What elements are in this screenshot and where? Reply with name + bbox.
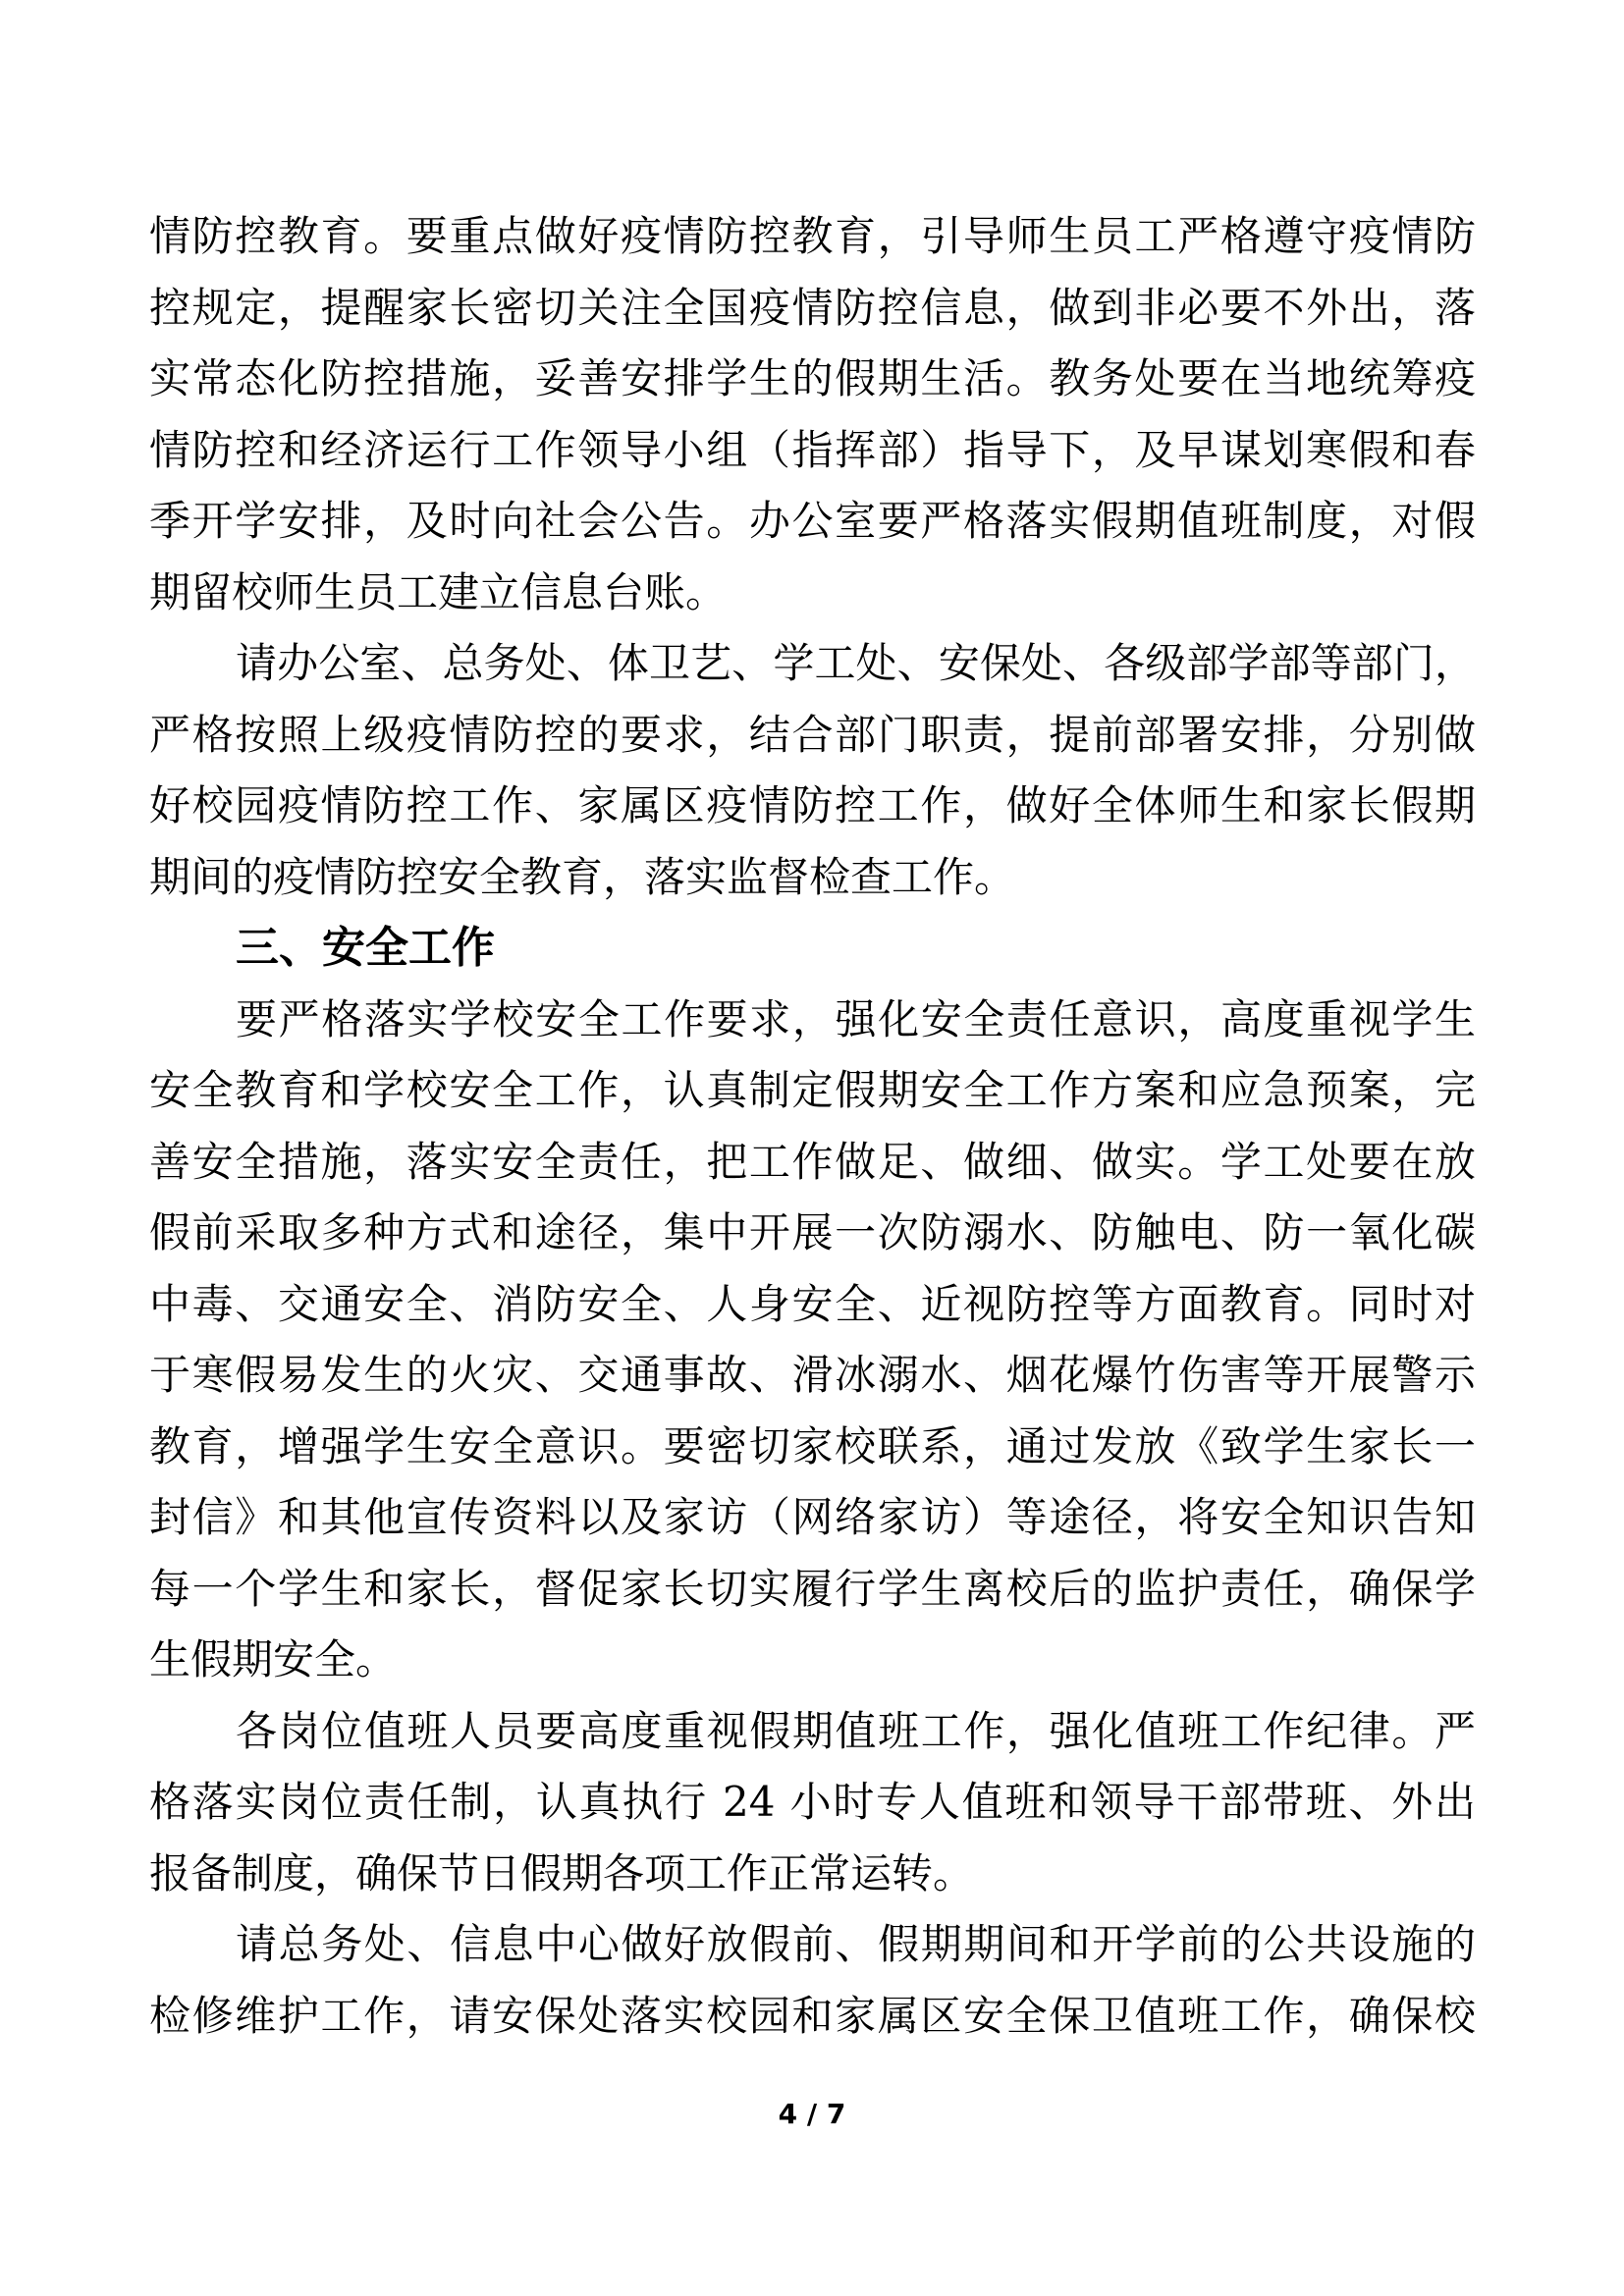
text-line: 情防控教育。要重点做好疫情防控教育，引导师生员工严格遵守疫情防 xyxy=(149,201,1476,273)
text-line: 封信》和其他宣传资料以及家访（网络家访）等途径，将安全知识告知 xyxy=(149,1482,1476,1554)
text-line: 生假期安全。 xyxy=(149,1625,1476,1696)
text-line: 控规定，提醒家长密切关注全国疫情防控信息，做到非必要不外出，落 xyxy=(149,273,1476,345)
text-line: 严格按照上级疫情防控的要求，结合部门职责，提前部署安排，分别做 xyxy=(149,700,1476,772)
text-line: 情防控和经济运行工作领导小组（指挥部）指导下，及早谋划寒假和春 xyxy=(149,415,1476,487)
text-line: 每一个学生和家长，督促家长切实履行学生离校后的监护责任，确保学 xyxy=(149,1554,1476,1626)
text-line: 善安全措施，落实安全责任，把工作做足、做细、做实。学工处要在放 xyxy=(149,1127,1476,1199)
page-number: 4 / 7 xyxy=(0,2098,1624,2130)
section-heading: 三、安全工作 xyxy=(149,913,1476,985)
text-line: 期留校师生员工建立信息台账。 xyxy=(149,558,1476,629)
text-line: 好校园疫情防控工作、家属区疫情防控工作，做好全体师生和家长假期 xyxy=(149,771,1476,842)
text-line: 教育，增强学生安全意识。要密切家校联系，通过发放《致学生家长一 xyxy=(149,1412,1476,1483)
text-line: 请总务处、信息中心做好放假前、假期期间和开学前的公共设施的 xyxy=(149,1909,1476,1981)
text-line: 检修维护工作，请安保处落实校园和家属区安全保卫值班工作，确保校 xyxy=(149,1981,1476,2053)
document-body: 情防控教育。要重点做好疫情防控教育，引导师生员工严格遵守疫情防 控规定，提醒家长… xyxy=(149,201,1476,2052)
text-line: 各岗位值班人员要高度重视假期值班工作，强化值班工作纪律。严 xyxy=(149,1696,1476,1768)
text-line: 报备制度，确保节日假期各项工作正常运转。 xyxy=(149,1839,1476,1910)
text-line: 安全教育和学校安全工作，认真制定假期安全工作方案和应急预案，完 xyxy=(149,1055,1476,1127)
text-line: 格落实岗位责任制，认真执行 24 小时专人值班和领导干部带班、外出 xyxy=(149,1767,1476,1839)
text-line: 实常态化防控措施，妥善安排学生的假期生活。教务处要在当地统筹疫 xyxy=(149,344,1476,415)
document-page: 情防控教育。要重点做好疫情防控教育，引导师生员工严格遵守疫情防 控规定，提醒家长… xyxy=(0,0,1624,2296)
text-line: 期间的疫情防控安全教育，落实监督检查工作。 xyxy=(149,842,1476,914)
text-line: 请办公室、总务处、体卫艺、学工处、安保处、各级部学部等部门， xyxy=(149,628,1476,700)
text-line: 于寒假易发生的火灾、交通事故、滑冰溺水、烟花爆竹伤害等开展警示 xyxy=(149,1340,1476,1412)
text-line: 要严格落实学校安全工作要求，强化安全责任意识，高度重视学生 xyxy=(149,985,1476,1056)
text-line: 假前采取多种方式和途径，集中开展一次防溺水、防触电、防一氧化碳 xyxy=(149,1198,1476,1269)
text-line: 中毒、交通安全、消防安全、人身安全、近视防控等方面教育。同时对 xyxy=(149,1269,1476,1341)
text-line: 季开学安排，及时向社会公告。办公室要严格落实假期值班制度，对假 xyxy=(149,486,1476,558)
